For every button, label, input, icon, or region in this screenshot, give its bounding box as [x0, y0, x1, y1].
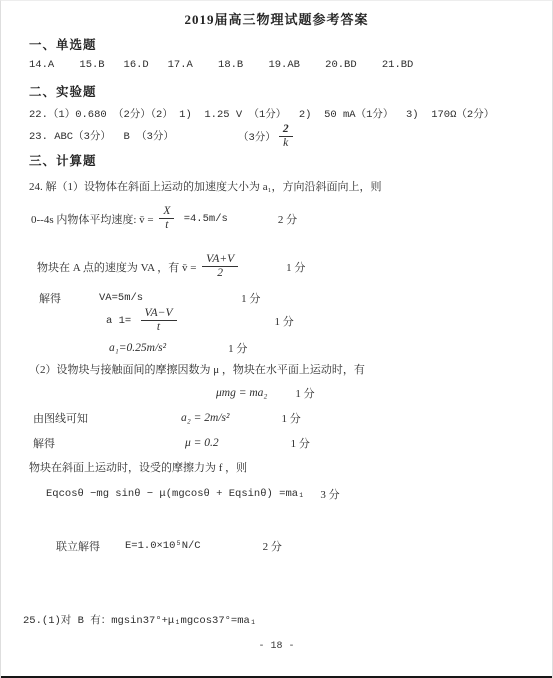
- field-equation-line: Eqcosθ −mg sinθ − μ(mgcosθ + Eqsinθ) =ma…: [46, 486, 340, 502]
- fraction-denominator: k: [279, 137, 292, 150]
- section3-heading: 三、计算题: [29, 151, 97, 169]
- graph-line: 由图线可知 a₂ = 2m/s² 1 分: [33, 410, 301, 426]
- score-badge: 1 分: [291, 435, 310, 451]
- a1-value: a₁=0.25m/s²: [109, 342, 166, 354]
- page-title: 2019届高三物理试题参考答案: [1, 9, 552, 28]
- question-22-line: 22.（1）0.680 （2分）（2） 1) 1.25 V （1分） 2) 50…: [29, 106, 494, 121]
- average-velocity-line: 0--4s 内物体平均速度: v̄ = X t =4.5m/s 2 分: [31, 205, 297, 232]
- graph-label: 由图线可知: [33, 410, 88, 426]
- a1-equation-line: a 1= VA−V t 1 分: [106, 307, 294, 334]
- fraction-denominator: t: [161, 219, 172, 232]
- score-badge: 1 分: [295, 385, 314, 401]
- part2-intro: （2）设物块与接触面间的摩擦因数为 μ ，物块在水平面上运动时，有: [29, 361, 365, 377]
- score-badge: 1 分: [241, 290, 260, 306]
- a2-value: a₂ = 2m/s²: [181, 412, 229, 424]
- solve-label: 解得: [33, 435, 55, 451]
- question-23-score-fraction: （3分） 2 k: [238, 123, 296, 150]
- fraction-numerator: X: [159, 205, 174, 219]
- score-badge: 1 分: [228, 340, 247, 356]
- field-equation: Eqcosθ −mg sinθ − μ(mgcosθ + Eqsinθ) =ma…: [46, 488, 304, 500]
- final-solve-line: 联立解得 E=1.0×10⁵N/C 2 分: [56, 538, 282, 554]
- va-definition-text: 物块在 A 点的速度为 VA ，有 v̄ =: [37, 259, 199, 275]
- va-fraction: VA+V 2: [202, 253, 238, 280]
- question-25-line: 25.(1)对 B 有：mgsin37°+μ₁mgcos37°=ma₁: [23, 612, 256, 627]
- average-velocity-result: =4.5m/s: [177, 213, 227, 225]
- section2-heading: 二、实验题: [29, 82, 97, 100]
- solve-mu-line: 解得 μ = 0.2 1 分: [33, 435, 310, 451]
- fraction-denominator: t: [153, 321, 164, 334]
- friction-equation-line: μmg = ma₂ 1 分: [216, 385, 315, 401]
- va-definition-line: 物块在 A 点的速度为 VA ，有 v̄ = VA+V 2 1 分: [37, 253, 305, 280]
- friction-equation: μmg = ma₂: [216, 387, 267, 399]
- solve-va-line: 解得 VA=5m/s 1 分: [39, 290, 260, 306]
- question-23-score: （3分）: [238, 129, 276, 144]
- answer-sheet-page: 2019届高三物理试题参考答案 一、单选题 14.A 15.B 16.D 17.…: [0, 0, 553, 678]
- answer-key-row: 14.A 15.B 16.D 17.A 18.B 19.AB 20.BD 21.…: [29, 59, 413, 71]
- average-velocity-text: 0--4s 内物体平均速度: v̄ =: [31, 211, 156, 227]
- question-23-line: 23. ABC（3分） B （3分）: [29, 128, 174, 143]
- fraction-numerator: VA−V: [141, 307, 177, 321]
- a1-value-line: a₁=0.25m/s² 1 分: [109, 340, 247, 356]
- score-badge: 2 分: [263, 538, 282, 554]
- score-badge: 1 分: [281, 410, 300, 426]
- page-number: - 18 -: [1, 641, 552, 652]
- score-badge: 3 分: [320, 486, 339, 502]
- score-badge: 2 分: [278, 211, 297, 227]
- incline-text: 物块在斜面上运动时，设受的摩擦力为 f ，则: [29, 459, 247, 475]
- final-solve-label: 联立解得: [56, 538, 100, 554]
- fraction-numerator: VA+V: [202, 253, 238, 267]
- va-value: VA=5m/s: [99, 292, 143, 304]
- fraction-denominator: 2: [213, 267, 227, 280]
- solve-label: 解得: [39, 290, 61, 306]
- a1-fraction: VA−V t: [141, 307, 177, 334]
- question-23-text: 23. ABC（3分） B （3分）: [29, 128, 174, 143]
- question-24-intro: 24. 解（1）设物体在斜面上运动的加速度大小为 a₁，方向沿斜面向上，则: [29, 178, 381, 194]
- section1-heading: 一、单选题: [29, 35, 97, 53]
- score-badge: 1 分: [275, 313, 294, 329]
- average-velocity-fraction: X t: [159, 205, 174, 232]
- field-value: E=1.0×10⁵N/C: [125, 540, 201, 552]
- fraction-numerator: 2: [279, 123, 293, 137]
- mu-value: μ = 0.2: [185, 437, 219, 449]
- score-badge: 1 分: [286, 259, 305, 275]
- a1-equation-left: a 1=: [106, 315, 138, 327]
- question-23-fraction: 2 k: [279, 123, 293, 150]
